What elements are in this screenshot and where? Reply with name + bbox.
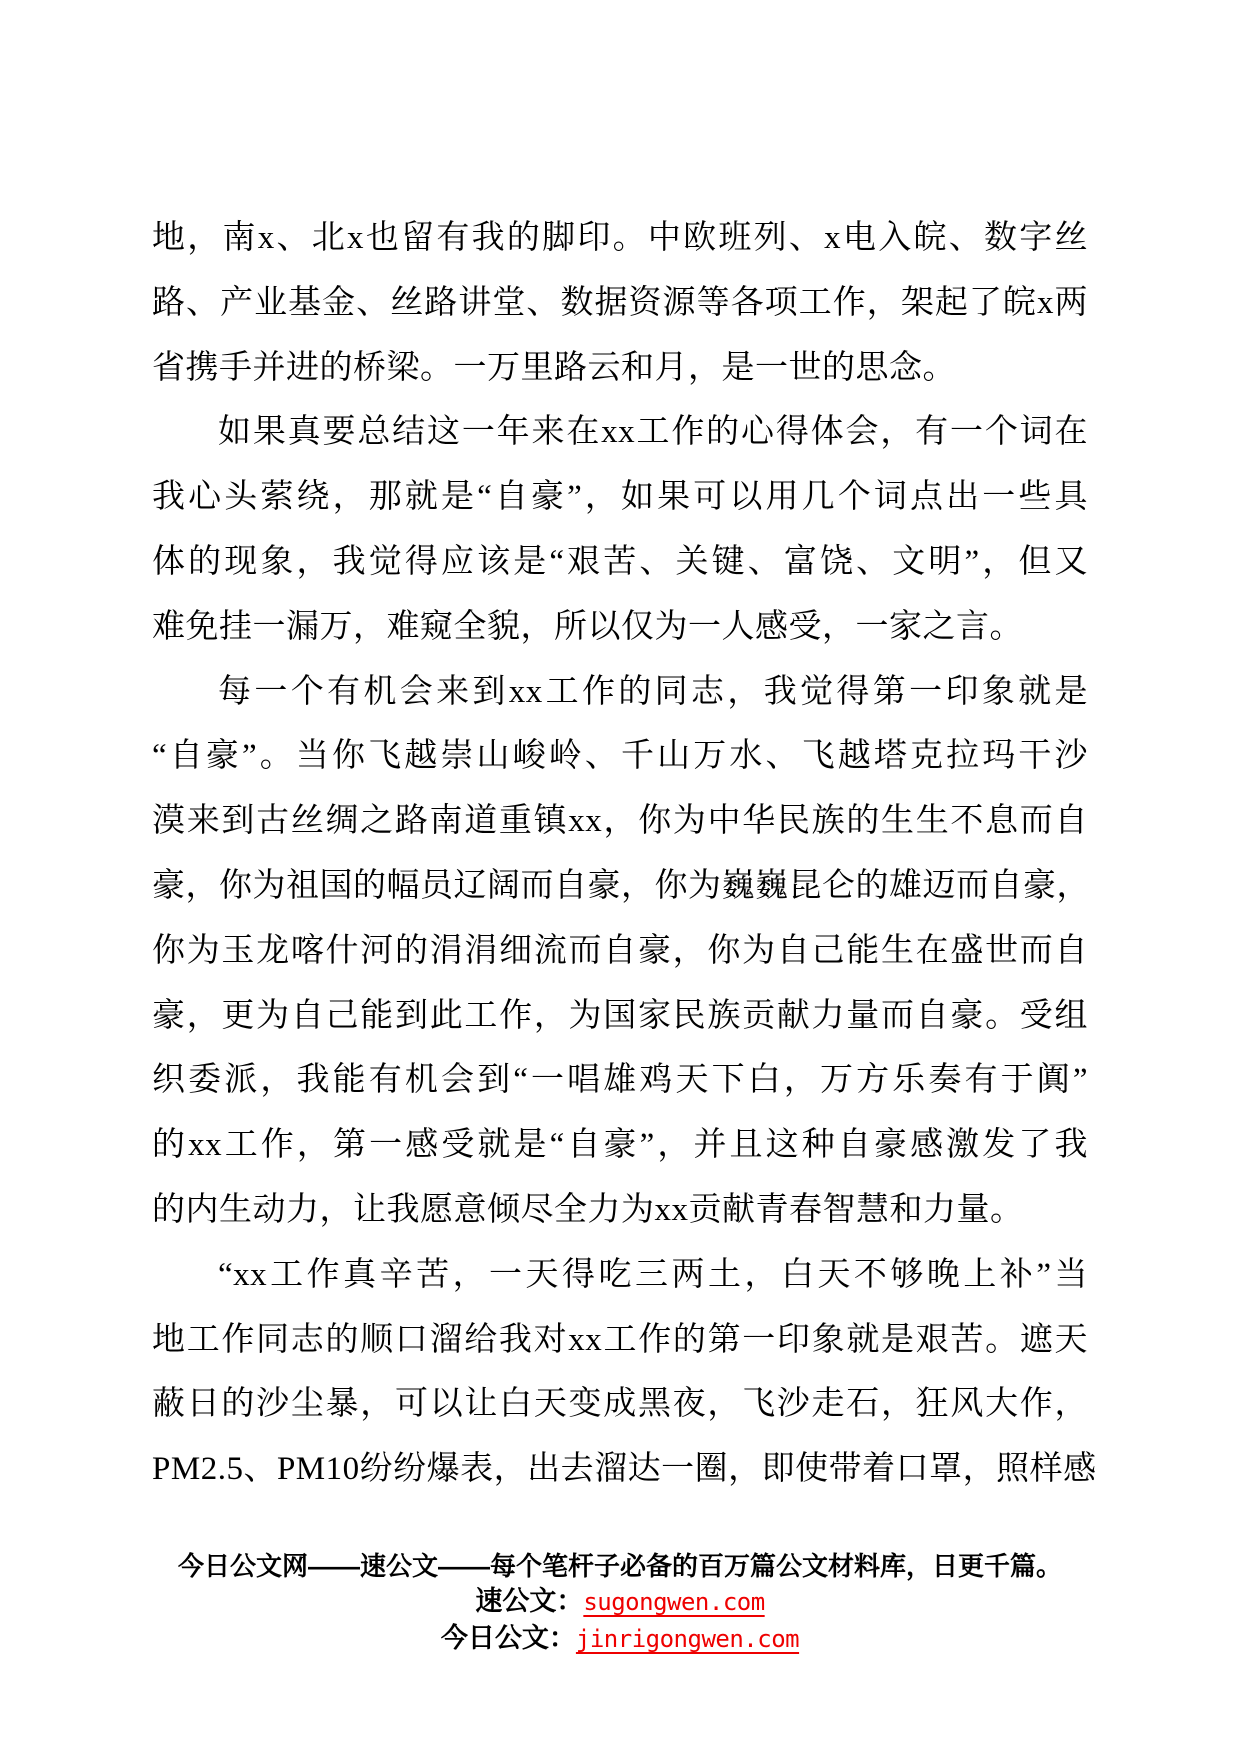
text-line: PM2.5、PM10纷纷爆表，出去溜达一圈，即使带着口罩，照样感 (152, 1437, 1088, 1502)
document-body: 地，南x、北x也留有我的脚印。中欧班列、x电入皖、数字丝路、产业基金、丝路讲堂、… (152, 206, 1088, 1502)
text-line: 省携手并进的桥梁。一万里路云和月，是一世的思念。 (152, 336, 1088, 401)
text-line: 体的现象，我觉得应该是“艰苦、关键、富饶、文明”，但又 (152, 530, 1088, 595)
text-line: 你为玉龙喀什河的涓涓细流而自豪，你为自己能生在盛世而自 (152, 919, 1088, 984)
text-line: “xx工作真辛苦，一天得吃三两土，白天不够晚上补”当 (152, 1243, 1088, 1308)
text-line: 豪，你为祖国的幅员辽阔而自豪，你为巍巍昆仑的雄迈而自豪， (152, 854, 1088, 919)
footer-link-sugongwen[interactable]: sugongwen.com (583, 1588, 764, 1616)
footer-site-jinrigongwen: 今日公文：jinrigongwen.com (0, 1620, 1240, 1657)
footer-tagline: 今日公文网——速公文——每个笔杆子必备的百万篇公文材料库，日更千篇。 (0, 1549, 1240, 1583)
text-line: 每一个有机会来到xx工作的同志，我觉得第一印象就是 (152, 660, 1088, 725)
footer-site-sugongwen: 速公文：sugongwen.com (0, 1583, 1240, 1620)
text-line: 如果真要总结这一年来在xx工作的心得体会，有一个词在 (152, 400, 1088, 465)
text-line: 地工作同志的顺口溜给我对xx工作的第一印象就是艰苦。遮天 (152, 1308, 1088, 1373)
text-line: 路、产业基金、丝路讲堂、数据资源等各项工作，架起了皖x两 (152, 271, 1088, 336)
text-line: “自豪”。当你飞越崇山峻岭、千山万水、飞越塔克拉玛干沙 (152, 724, 1088, 789)
page-footer: 今日公文网——速公文——每个笔杆子必备的百万篇公文材料库，日更千篇。 速公文：s… (0, 1549, 1240, 1657)
footer-link-jinrigongwen[interactable]: jinrigongwen.com (576, 1625, 799, 1653)
footer-site-label: 今日公文： (441, 1623, 576, 1653)
text-line: 地，南x、北x也留有我的脚印。中欧班列、x电入皖、数字丝 (152, 206, 1088, 271)
text-line: 难免挂一漏万，难窥全貌，所以仅为一人感受，一家之言。 (152, 595, 1088, 660)
text-line: 的xx工作，第一感受就是“自豪”，并且这种自豪感激发了我 (152, 1113, 1088, 1178)
text-line: 我心头萦绕，那就是“自豪”，如果可以用几个词点出一些具 (152, 465, 1088, 530)
text-line: 的内生动力，让我愿意倾尽全力为xx贡献青春智慧和力量。 (152, 1178, 1088, 1243)
text-line: 漠来到古丝绸之路南道重镇xx，你为中华民族的生生不息而自 (152, 789, 1088, 854)
document-page: 地，南x、北x也留有我的脚印。中欧班列、x电入皖、数字丝路、产业基金、丝路讲堂、… (0, 0, 1240, 1754)
text-line: 织委派，我能有机会到“一唱雄鸡天下白，万方乐奏有于阗” (152, 1048, 1088, 1113)
footer-site-label: 速公文： (475, 1586, 583, 1616)
text-line: 蔽日的沙尘暴，可以让白天变成黑夜，飞沙走石，狂风大作， (152, 1372, 1088, 1437)
text-line: 豪，更为自己能到此工作，为国家民族贡献力量而自豪。受组 (152, 984, 1088, 1049)
